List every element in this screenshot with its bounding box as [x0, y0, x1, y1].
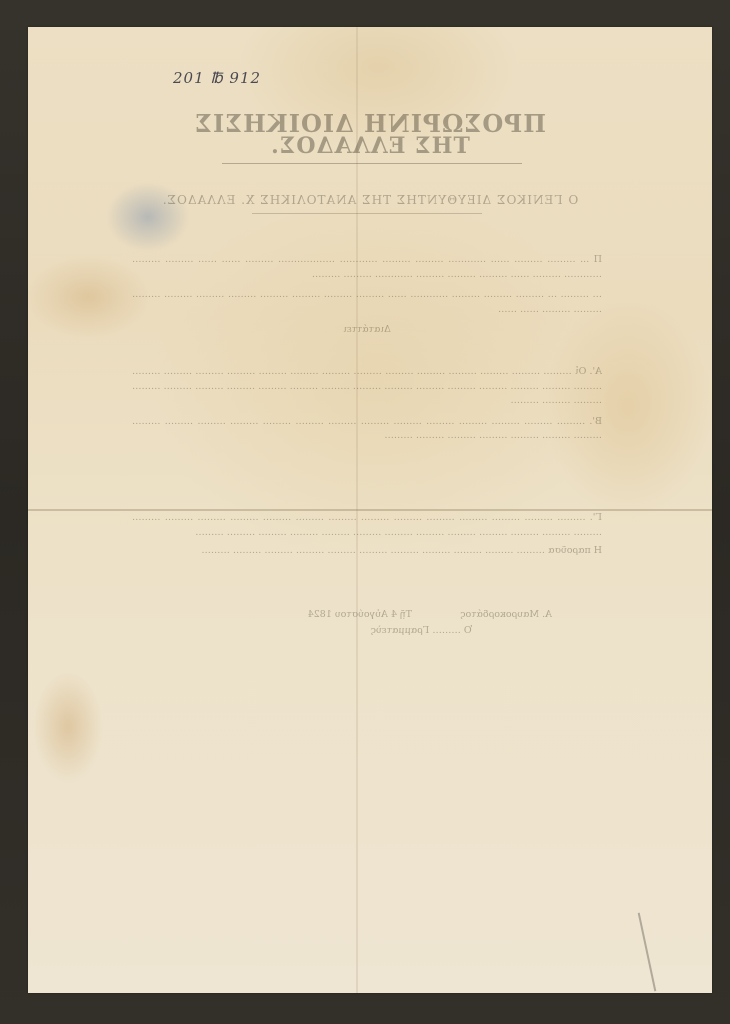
showthrough-text-mirrored: ΠΡΟΣΩΡΙΝΗ ΔΙΟΙΚΗΣΙΣ ΤΗΣ ΕΛΛΑΔΟΣ. Ο ΓΕΝΙΚ…: [28, 27, 712, 993]
document-page: ΠΡΟΣΩΡΙΝΗ ΔΙΟΙΚΗΣΙΣ ΤΗΣ ΕΛΛΑΔΟΣ. Ο ΓΕΝΙΚ…: [28, 27, 712, 993]
paragraph-1-text: Π ... ……… ……… …… ………… ……… ……… ………… ………………: [132, 253, 602, 282]
section-mark: Διατάττει: [132, 323, 602, 338]
showthrough-subtitle: Ο ΓΕΝΙΚΟΣ ΔΙΕΥΘΥΝΤΗΣ ΤΗΣ ΑΝΑΤΟΛΙΚΗΣ Χ. Ε…: [28, 193, 712, 207]
showthrough-paragraph-2: Α'. Οἱ ……… ……… ……… ……… ……… ……… ……… ……… ……: [132, 365, 602, 444]
paragraph-5-text: Η παροῦσα ……… ……… ……… ……… ……… ……… ……… ………: [132, 544, 602, 559]
showthrough-countersign: Ὁ ……… Γραμματεὺς: [371, 625, 472, 636]
subtitle-rule: [252, 213, 482, 214]
showthrough-paragraph-1: Π ... ……… ……… …… ………… ……… ……… ………… ………………: [132, 253, 602, 338]
paragraph-3-text: Β'. ……… ……… ……… ……… ……… ……… ……… ……… ……… …: [132, 415, 602, 444]
showthrough-paragraph-3: Γ'. ……… ……… ……… ……… ……… ……… ……… ……… ……… …: [132, 511, 602, 559]
title-rule: [222, 163, 522, 164]
showthrough-date-line: Τῇ 4 Αὐγούστου 1824: [308, 609, 412, 620]
paragraph-4-text: Γ'. ……… ……… ……… ……… ……… ……… ……… ……… ……… …: [132, 511, 602, 540]
paragraph-2-text: Α'. Οἱ ……… ……… ……… ……… ……… ……… ……… ……… ……: [132, 365, 602, 409]
showthrough-signature: Α. Μαυροκορδάτος: [460, 609, 552, 620]
handwritten-archive-note: 201 ℔ 912: [173, 69, 261, 87]
showthrough-title-line-2: ΤΗΣ ΕΛΛΑΔΟΣ.: [28, 133, 712, 159]
paragraph-1b-text: … ……… … ……… ……… ……… ………… …… ……… ……… ……… …: [132, 288, 602, 317]
